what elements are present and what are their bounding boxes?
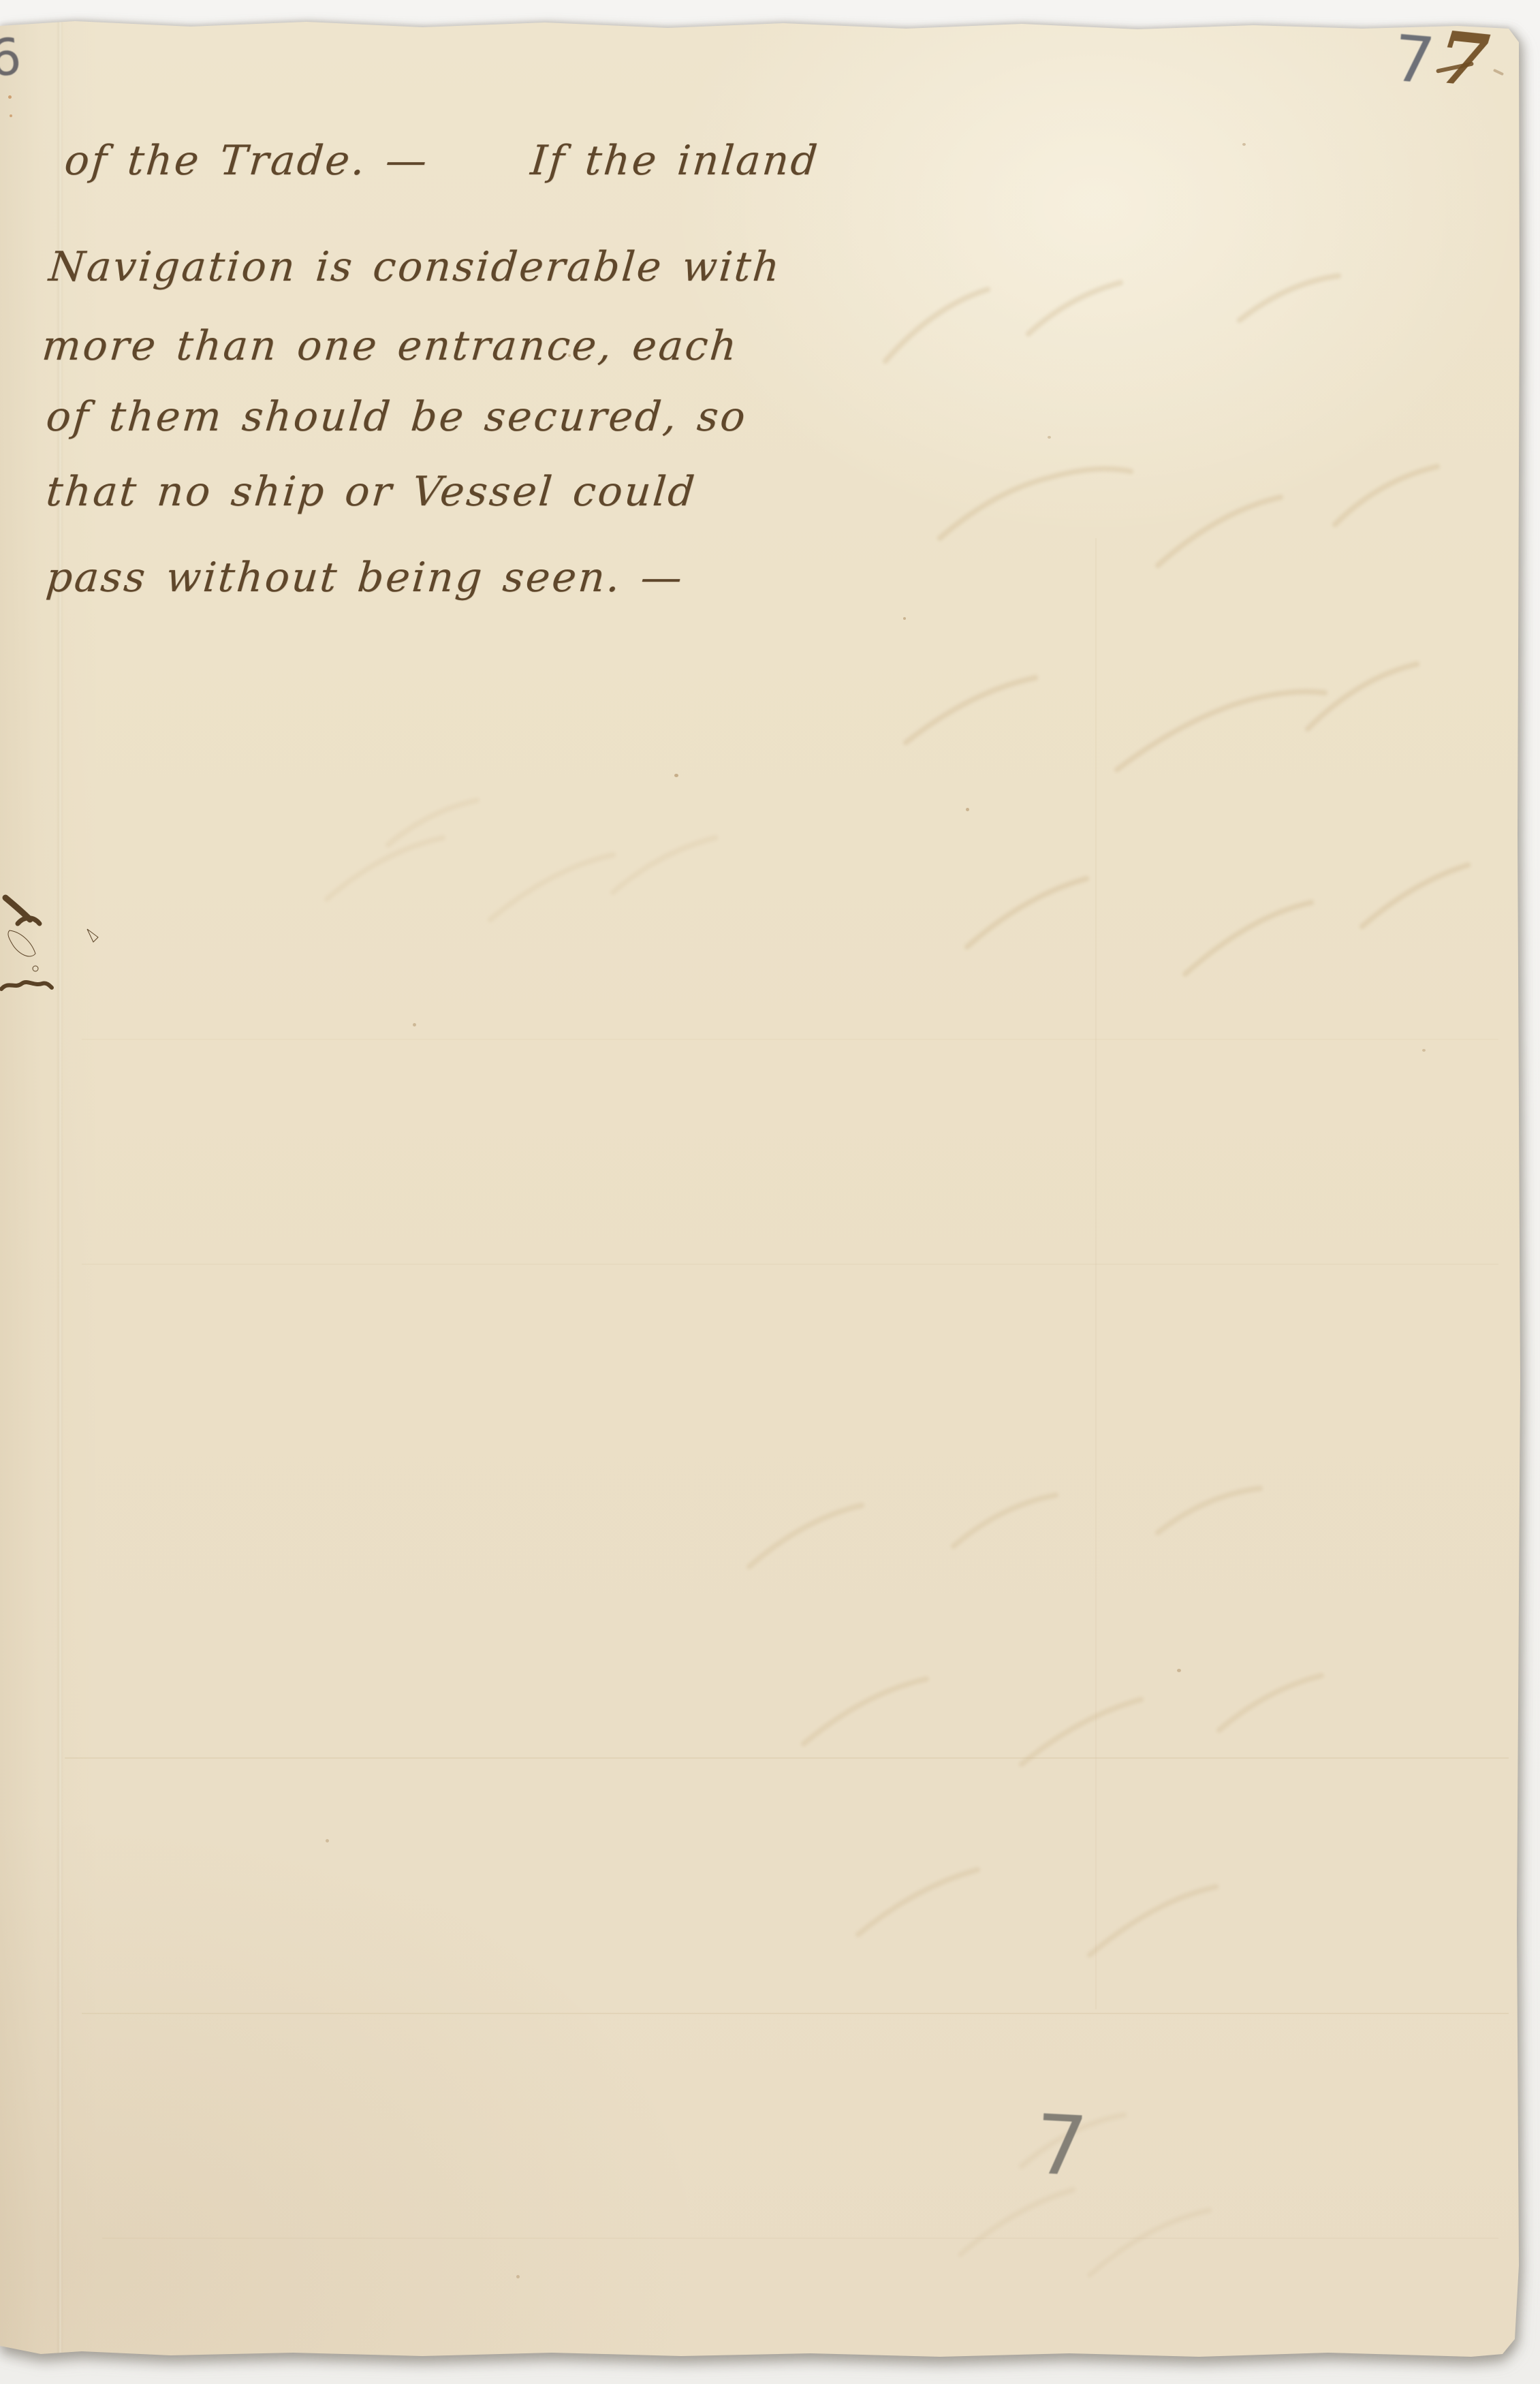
show-through-ghost-writing: [681, 1444, 1396, 2023]
manuscript-line: of the Trade. — If the inland: [63, 140, 821, 181]
paper-speck: [568, 354, 571, 357]
paper-speck: [903, 617, 906, 620]
manuscript-line1-left: of the Trade. —: [63, 140, 430, 181]
page-number-pencil: 7: [1391, 27, 1437, 95]
ruled-line-show-through: [102, 2238, 1498, 2239]
show-through-ghost-writing: [804, 225, 1485, 1042]
paper-speck: [1177, 1669, 1181, 1672]
paper-speck: [1493, 69, 1504, 76]
paper-speck: [516, 2275, 520, 2278]
manuscript-paper: of the Trade. — If the inland Navigation…: [0, 18, 1521, 2358]
paper-speck: [326, 1839, 329, 1842]
paper-speck: [1422, 1049, 1426, 1052]
manuscript-line: pass without being seen. —: [44, 557, 685, 598]
manuscript-line: that no ship or Vessel could: [44, 471, 697, 512]
paper-speck: [1048, 436, 1051, 439]
paper-sheet-wrapper: of the Trade. — If the inland Navigation…: [0, 0, 1540, 2384]
manuscript-line: Navigation is considerable with: [47, 247, 783, 287]
manuscript-line1-right: If the inland: [529, 140, 821, 181]
paper-speck: [674, 774, 678, 777]
page-number-ink: 7: [1439, 23, 1489, 95]
paper-speck: [8, 95, 12, 99]
paper-speck: [1242, 143, 1246, 146]
scanner-background: of the Trade. — If the inland Navigation…: [0, 0, 1540, 2384]
ink-offset-marks: [0, 894, 109, 1009]
paper-speck: [10, 114, 12, 117]
paper-speck: [413, 1023, 416, 1026]
show-through-ghost-writing: [286, 763, 763, 967]
folio-number-top-left: 6: [0, 31, 23, 84]
paper-speck: [966, 808, 969, 811]
page-number-ink-glyph: 7: [1435, 20, 1492, 97]
manuscript-line: more than one entrance, each: [40, 326, 740, 366]
ruled-line-show-through: [82, 1264, 1498, 1265]
manuscript-line: of them should be secured, so: [44, 396, 749, 437]
bottom-pencil-number: 7: [1033, 2105, 1090, 2189]
show-through-ghost-writing: [920, 2084, 1260, 2323]
